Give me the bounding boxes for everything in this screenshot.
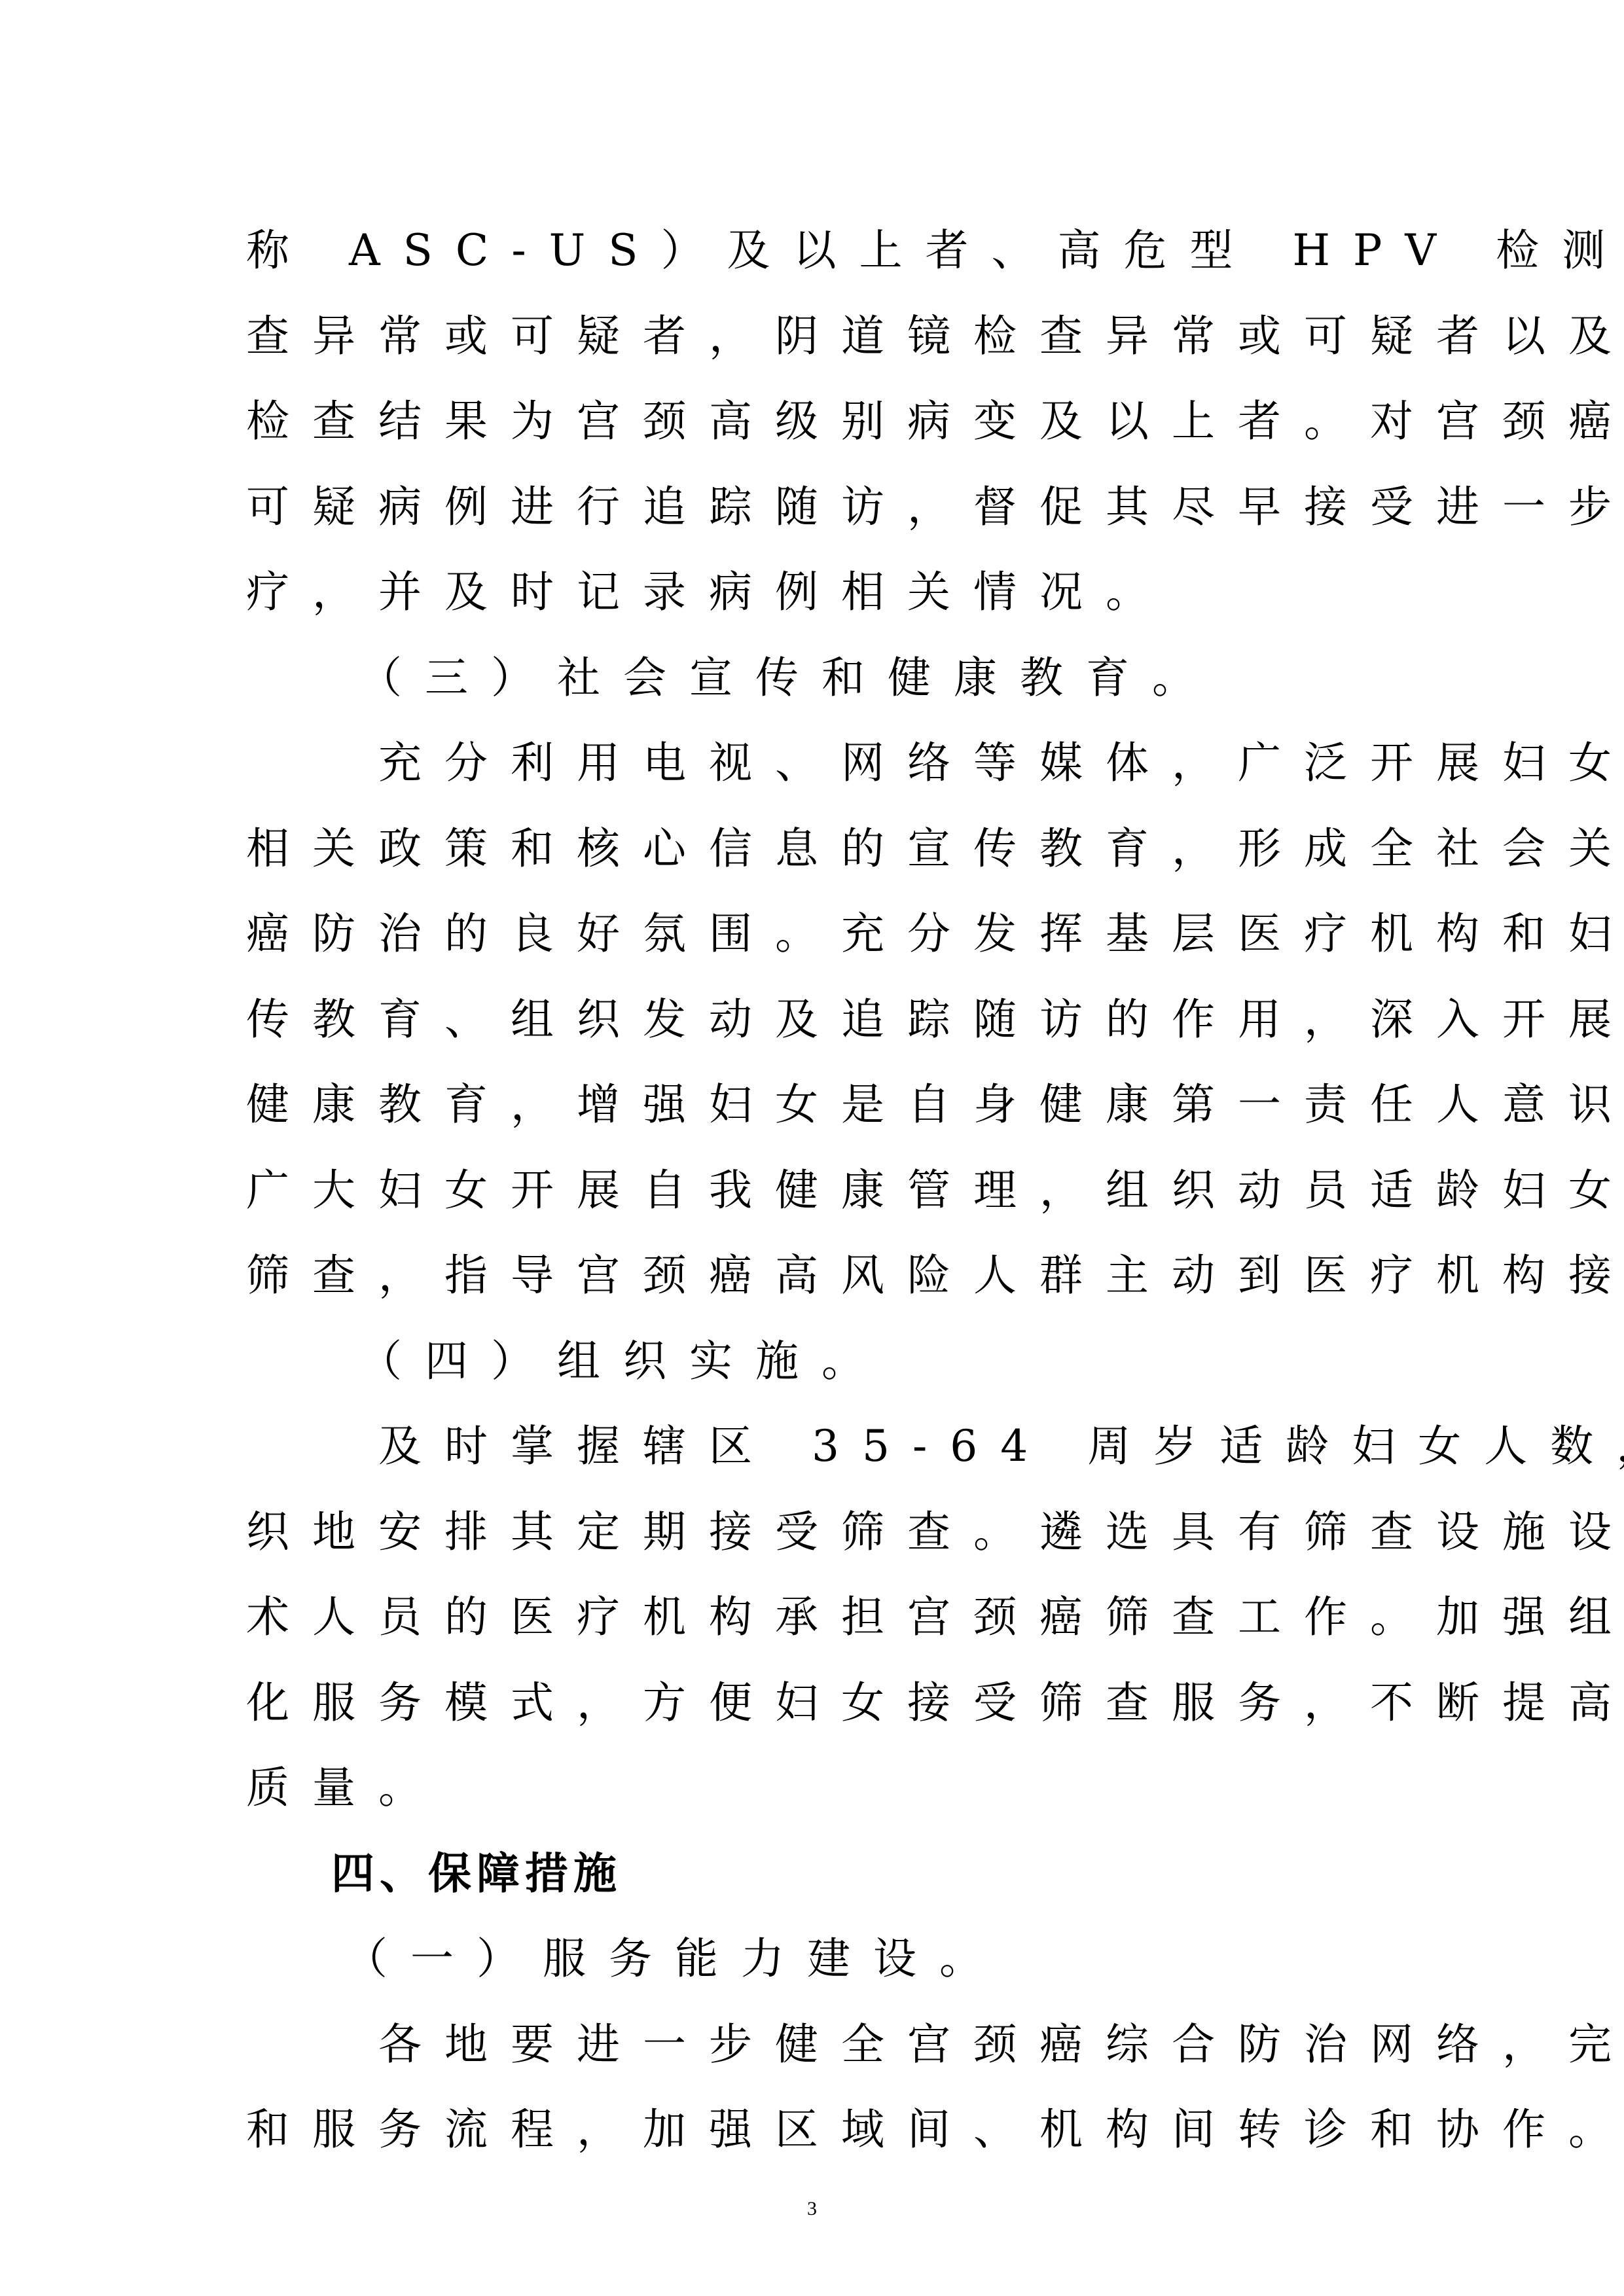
document-body: 称 ASC-US）及以上者、高危型 HPV 检测结果阳性者、肉眼检 查异常或可疑… — [246, 208, 1379, 2173]
paragraph-line: 癌防治的良好氛围。充分发挥基层医疗机构和妇联等部门宣 — [246, 891, 1379, 977]
paragraph-line: 质量。 — [246, 1746, 1379, 1831]
section-subheading: （四）组织实施。 — [246, 1319, 1379, 1405]
paragraph-line: 术人员的医疗机构承担宫颈癌筛查工作。加强组织管理，优 — [246, 1575, 1379, 1660]
paragraph-first-line: 充分利用电视、网络等媒体，广泛开展妇女宫颈癌防治 — [246, 721, 1379, 806]
paragraph-line: 疗，并及时记录病例相关情况。 — [246, 550, 1379, 636]
paragraph-line: 健康教育，增强妇女是自身健康第一责任人意识。科学指导 — [246, 1062, 1379, 1148]
paragraph-first-line: 各地要进一步健全宫颈癌综合防治网络，完善工作规范 — [246, 2002, 1379, 2088]
document-page: 称 ASC-US）及以上者、高危型 HPV 检测结果阳性者、肉眼检 查异常或可疑… — [0, 0, 1624, 2296]
paragraph-first-line: 及时掌握辖区 35-64 周岁适龄妇女人数，有计划、有组 — [246, 1404, 1379, 1490]
paragraph-line: 传教育、组织发动及追踪随访的作用，深入开展社会宣传和 — [246, 977, 1379, 1063]
paragraph-line: 查异常或可疑者，阴道镜检查异常或可疑者以及组织病理学 — [246, 294, 1379, 380]
paragraph-line: 可疑病例进行追踪随访，督促其尽早接受进一步诊断及治 — [246, 465, 1379, 550]
paragraph-line: 筛查，指导宫颈癌高风险人群主动到医疗机构接受筛查。 — [246, 1233, 1379, 1319]
paragraph-line: 织地安排其定期接受筛查。遴选具有筛查设施设备和专业技 — [246, 1490, 1379, 1575]
paragraph-line: 相关政策和核心信息的宣传教育，形成全社会关心支持宫颈 — [246, 806, 1379, 892]
section-heading: 四、保障措施 — [246, 1831, 1379, 1917]
paragraph-line: 化服务模式，方便妇女接受筛查服务，不断提高筛查效率和 — [246, 1660, 1379, 1746]
paragraph-line: 称 ASC-US）及以上者、高危型 HPV 检测结果阳性者、肉眼检 — [246, 208, 1379, 294]
section-subheading: （三）社会宣传和健康教育。 — [246, 636, 1379, 721]
page-number: 3 — [0, 2198, 1624, 2220]
paragraph-line: 广大妇女开展自我健康管理，组织动员适龄妇女接受宫颈癌 — [246, 1148, 1379, 1234]
paragraph-line: 检查结果为宫颈高级别病变及以上者。对宫颈癌筛查异常或 — [246, 379, 1379, 465]
paragraph-line: 和服务流程，加强区域间、机构间转诊和协作。鼓励建立多 — [246, 2087, 1379, 2173]
section-subheading: （一）服务能力建设。 — [246, 1916, 1379, 2002]
